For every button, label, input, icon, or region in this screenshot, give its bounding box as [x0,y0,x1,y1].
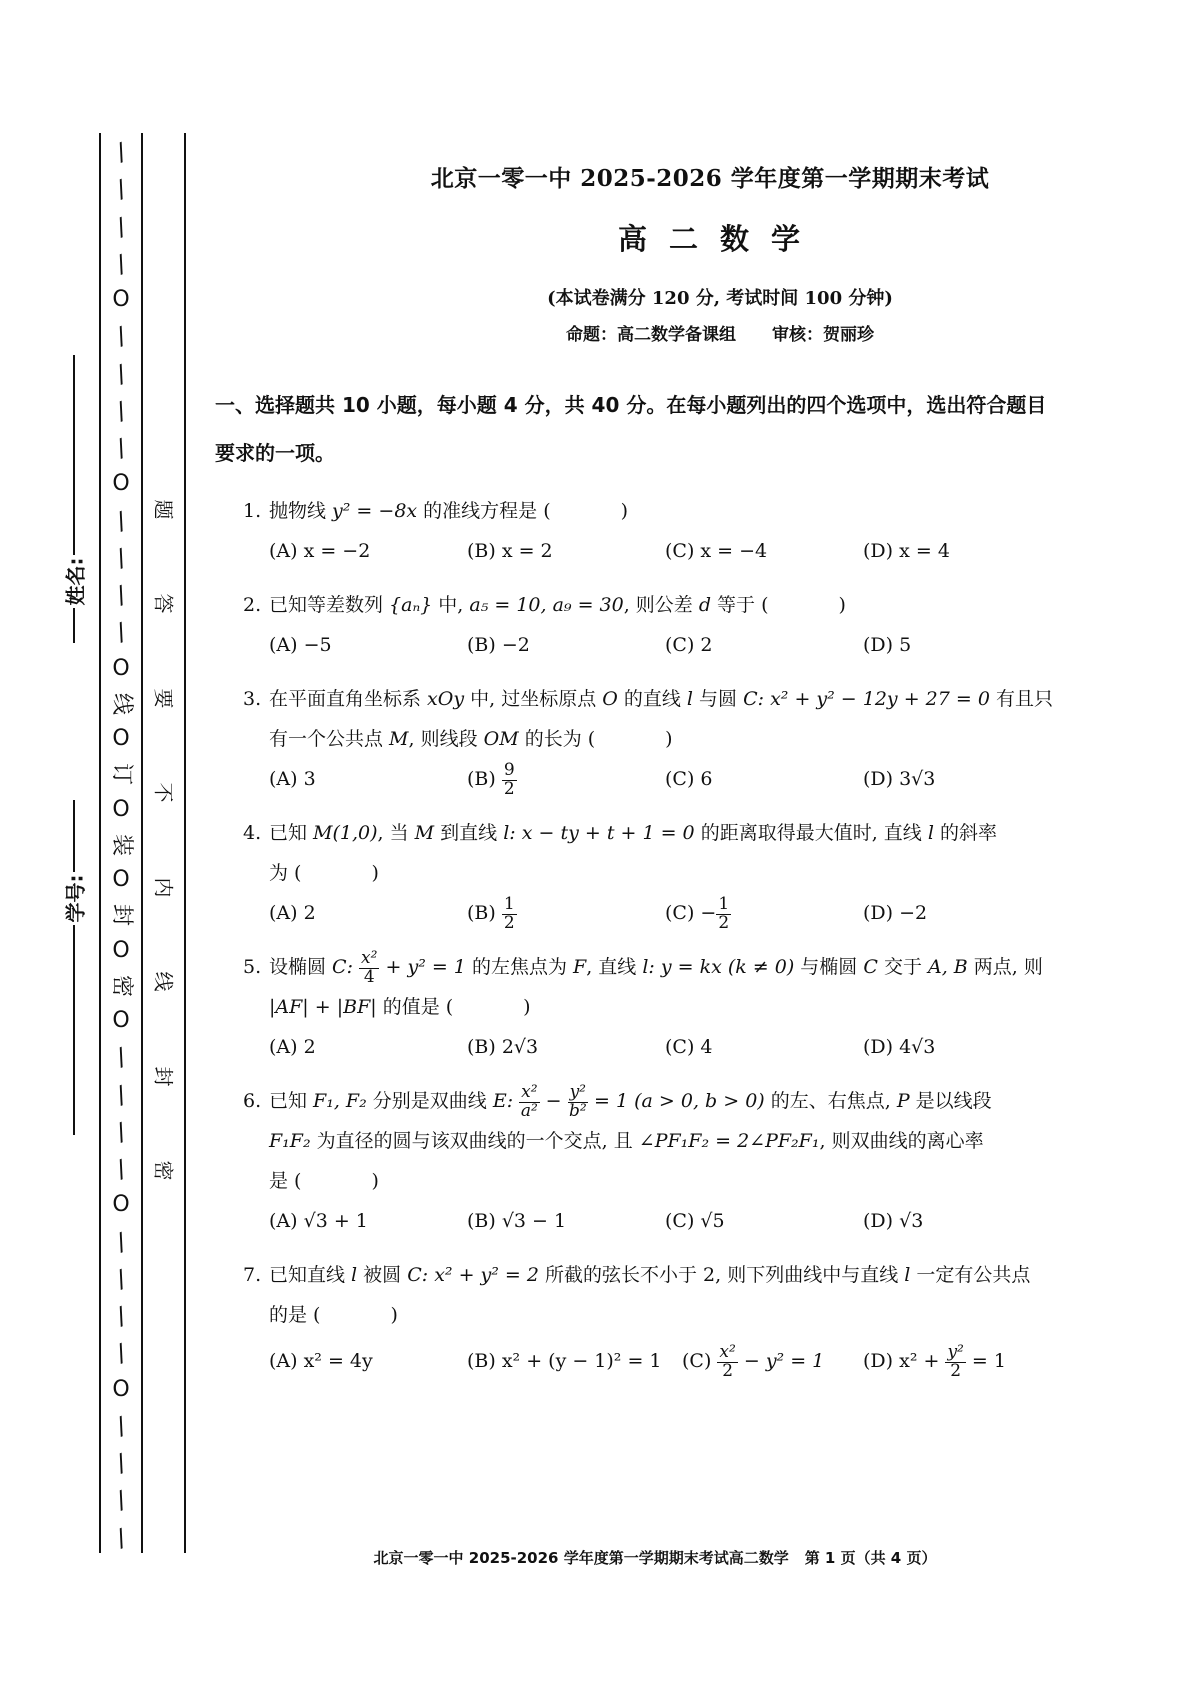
warning-char: 内 [151,877,180,897]
warning-char: 封 [151,1066,180,1086]
options: (A) x² = 4y (B) x² + (y − 1)² = 1 (C) x²… [243,1341,1135,1381]
warning-char: 不 [151,783,180,803]
option-d[interactable]: (D) √3 [863,1201,1061,1241]
option-a[interactable]: (A) x = −2 [269,531,467,571]
id-underline-tail [73,925,75,1135]
options: (A) √3 + 1 (B) √3 − 1 (C) √5 (D) √3 [243,1201,1135,1241]
seal-slash: / [113,324,129,349]
seal-slash: / [113,1156,129,1181]
seal-circle: O [112,473,129,495]
seal-circle: O [112,658,129,680]
seal-char: 密 [110,975,132,997]
author-info: 命题：高二数学备课组审核：贺丽珍 [305,320,1135,345]
seal-slash: / [113,214,129,239]
subject-title: 高二数学 [305,217,1135,258]
seal-slash: / [113,1303,129,1328]
option-b[interactable]: (B) x² + (y − 1)² = 1 [467,1341,682,1381]
section-heading-line1: 一、选择题共 10 小题，每小题 4 分，共 40 分。在每小题列出的四个选项中… [215,381,1135,429]
options: (A) x = −2 (B) x = 2 (C) x = −4 (D) x = … [243,531,1135,571]
seal-slash: / [113,1266,129,1291]
option-a[interactable]: (A) −5 [269,625,467,665]
option-d[interactable]: (D) −2 [863,893,1061,933]
question-2: 2.已知等差数列 {aₙ} 中, a₅ = 10, a₉ = 30, 则公差 d… [243,585,1135,665]
seal-slash: / [113,139,129,164]
option-b[interactable]: (B) 12 [467,893,665,933]
seal-circle: O [112,728,129,750]
footer-title: 北京一零一中 2025-2026 学年度第一学期期末考试高二数学 [374,1549,789,1567]
option-a[interactable]: (A) √3 + 1 [269,1201,467,1241]
option-a[interactable]: (A) x² = 4y [269,1341,467,1381]
option-b[interactable]: (B) −2 [467,625,665,665]
seal-slash: / [113,1045,129,1070]
question-number: 2. [243,585,269,625]
page-number: 第 1 页（共 4 页） [805,1549,937,1567]
seal-slash: / [113,508,129,533]
seal-circle: O [112,940,129,962]
question-number: 5. [243,947,269,987]
options: (A) 2 (B) 2√3 (C) 4 (D) 4√3 [243,1027,1135,1067]
seal-slash: / [113,361,129,386]
question-number: 4. [243,813,269,853]
seal-circle: O [112,1379,129,1401]
option-d[interactable]: (D) 3√3 [863,759,1061,799]
section-heading: 一、选择题共 10 小题，每小题 4 分，共 40 分。在每小题列出的四个选项中… [215,381,1135,477]
seal-slash: / [113,1413,129,1438]
options: (A) 2 (B) 12 (C) −12 (D) −2 [243,893,1135,933]
warning-char: 要 [151,688,180,708]
seal-line-column: ////O////O////O线O订O装O封O密O////O////O//// [103,140,139,1550]
section-heading-line2: 要求的一项。 [215,429,1135,477]
option-d[interactable]: (D) 5 [863,625,1061,665]
seal-circle: O [112,1010,129,1032]
seal-slash: / [113,1229,129,1254]
seal-slash: / [113,620,129,645]
page-footer: 北京一零一中 2025-2026 学年度第一学期期末考试高二数学第 1 页（共 … [0,1547,1190,1568]
seal-slash: / [113,398,129,423]
question-6: 6.已知 F₁, F₂ 分别是双曲线 E: x²a² − y²b² = 1 (a… [243,1081,1135,1241]
options: (A) −5 (B) −2 (C) 2 (D) 5 [243,625,1135,665]
student-id-label: 学号: [60,875,89,923]
seal-char: 订 [110,763,132,785]
option-c[interactable]: (C) 2 [665,625,863,665]
do-not-answer-warning: 题答要不内线封密 [148,495,182,1185]
question-number: 6. [243,1081,269,1121]
seal-slash: / [113,435,129,460]
name-underline-tail [73,608,75,643]
exam-page: 北京一零一中 2025-2026 学年度第一学期期末考试 高二数学 (本试卷满分… [215,160,1135,1381]
warning-char: 题 [151,500,180,520]
exam-info: (本试卷满分 120 分, 考试时间 100 分钟) [305,284,1135,310]
option-b[interactable]: (B) √3 − 1 [467,1201,665,1241]
seal-slash: / [113,582,129,607]
seal-circle: O [112,289,129,311]
question-5: 5.设椭圆 C: x²4 + y² = 1 的左焦点为 F, 直线 l: y =… [243,947,1135,1067]
student-id-field[interactable]: 学号: [50,800,98,1135]
options: (A) 3 (B) 92 (C) 6 (D) 3√3 [243,759,1135,799]
seal-slash: / [113,1450,129,1475]
seal-slash: / [113,251,129,276]
option-b[interactable]: (B) 92 [467,759,665,799]
binding-line-inner [184,133,186,1553]
option-c[interactable]: (C) x²2 − y² = 1 [682,1341,863,1381]
seal-slash: / [113,1082,129,1107]
option-a[interactable]: (A) 2 [269,1027,467,1067]
seal-circle: O [112,869,129,891]
seal-char: 装 [110,834,132,856]
binding-line-outer [99,133,101,1553]
id-underline [73,800,75,872]
binding-line-middle [141,133,143,1553]
name-label: 姓名: [60,558,89,606]
seal-char: 线 [110,693,132,715]
question-4: 4.已知 M(1,0), 当 M 到直线 l: x − ty + t + 1 =… [243,813,1135,933]
option-d[interactable]: (D) x = 4 [863,531,1061,571]
reviewer-label: 审核：贺丽珍 [772,325,874,345]
option-b[interactable]: (B) 2√3 [467,1027,665,1067]
option-c[interactable]: (C) −12 [665,893,863,933]
question-1: 1.抛物线 y² = −8x 的准线方程是 () (A) x = −2 (B) … [243,491,1135,571]
seal-slash: / [113,1341,129,1366]
option-d[interactable]: (D) x² + y²2 = 1 [863,1341,1061,1381]
question-number: 1. [243,491,269,531]
seal-slash: / [113,177,129,202]
exam-title: 北京一零一中 2025-2026 学年度第一学期期末考试 [285,160,1135,193]
seal-circle: O [112,799,129,821]
seal-char: 封 [110,904,132,926]
warning-char: 答 [151,594,180,614]
question-3: 3.在平面直角坐标系 xOy 中, 过坐标原点 O 的直线 l 与圆 C: x²… [243,679,1135,799]
option-c[interactable]: (C) √5 [665,1201,863,1241]
seal-slash: / [113,1119,129,1144]
question-number: 3. [243,679,269,719]
name-field[interactable]: 姓名: [50,355,98,643]
warning-char: 密 [151,1160,180,1180]
warning-char: 线 [151,972,180,992]
option-c[interactable]: (C) 4 [665,1027,863,1067]
seal-slash: / [113,545,129,570]
option-d[interactable]: (D) 4√3 [863,1027,1061,1067]
seal-circle: O [112,1194,129,1216]
option-c[interactable]: (C) 6 [665,759,863,799]
author-label: 命题：高二数学备课组 [566,325,736,345]
option-a[interactable]: (A) 3 [269,759,467,799]
name-underline [73,355,75,555]
option-a[interactable]: (A) 2 [269,893,467,933]
question-7: 7.已知直线 l 被圆 C: x² + y² = 2 所截的弦长不小于 2, 则… [243,1255,1135,1381]
seal-slash: / [113,1488,129,1513]
option-b[interactable]: (B) x = 2 [467,531,665,571]
option-c[interactable]: (C) x = −4 [665,531,863,571]
question-number: 7. [243,1255,269,1295]
